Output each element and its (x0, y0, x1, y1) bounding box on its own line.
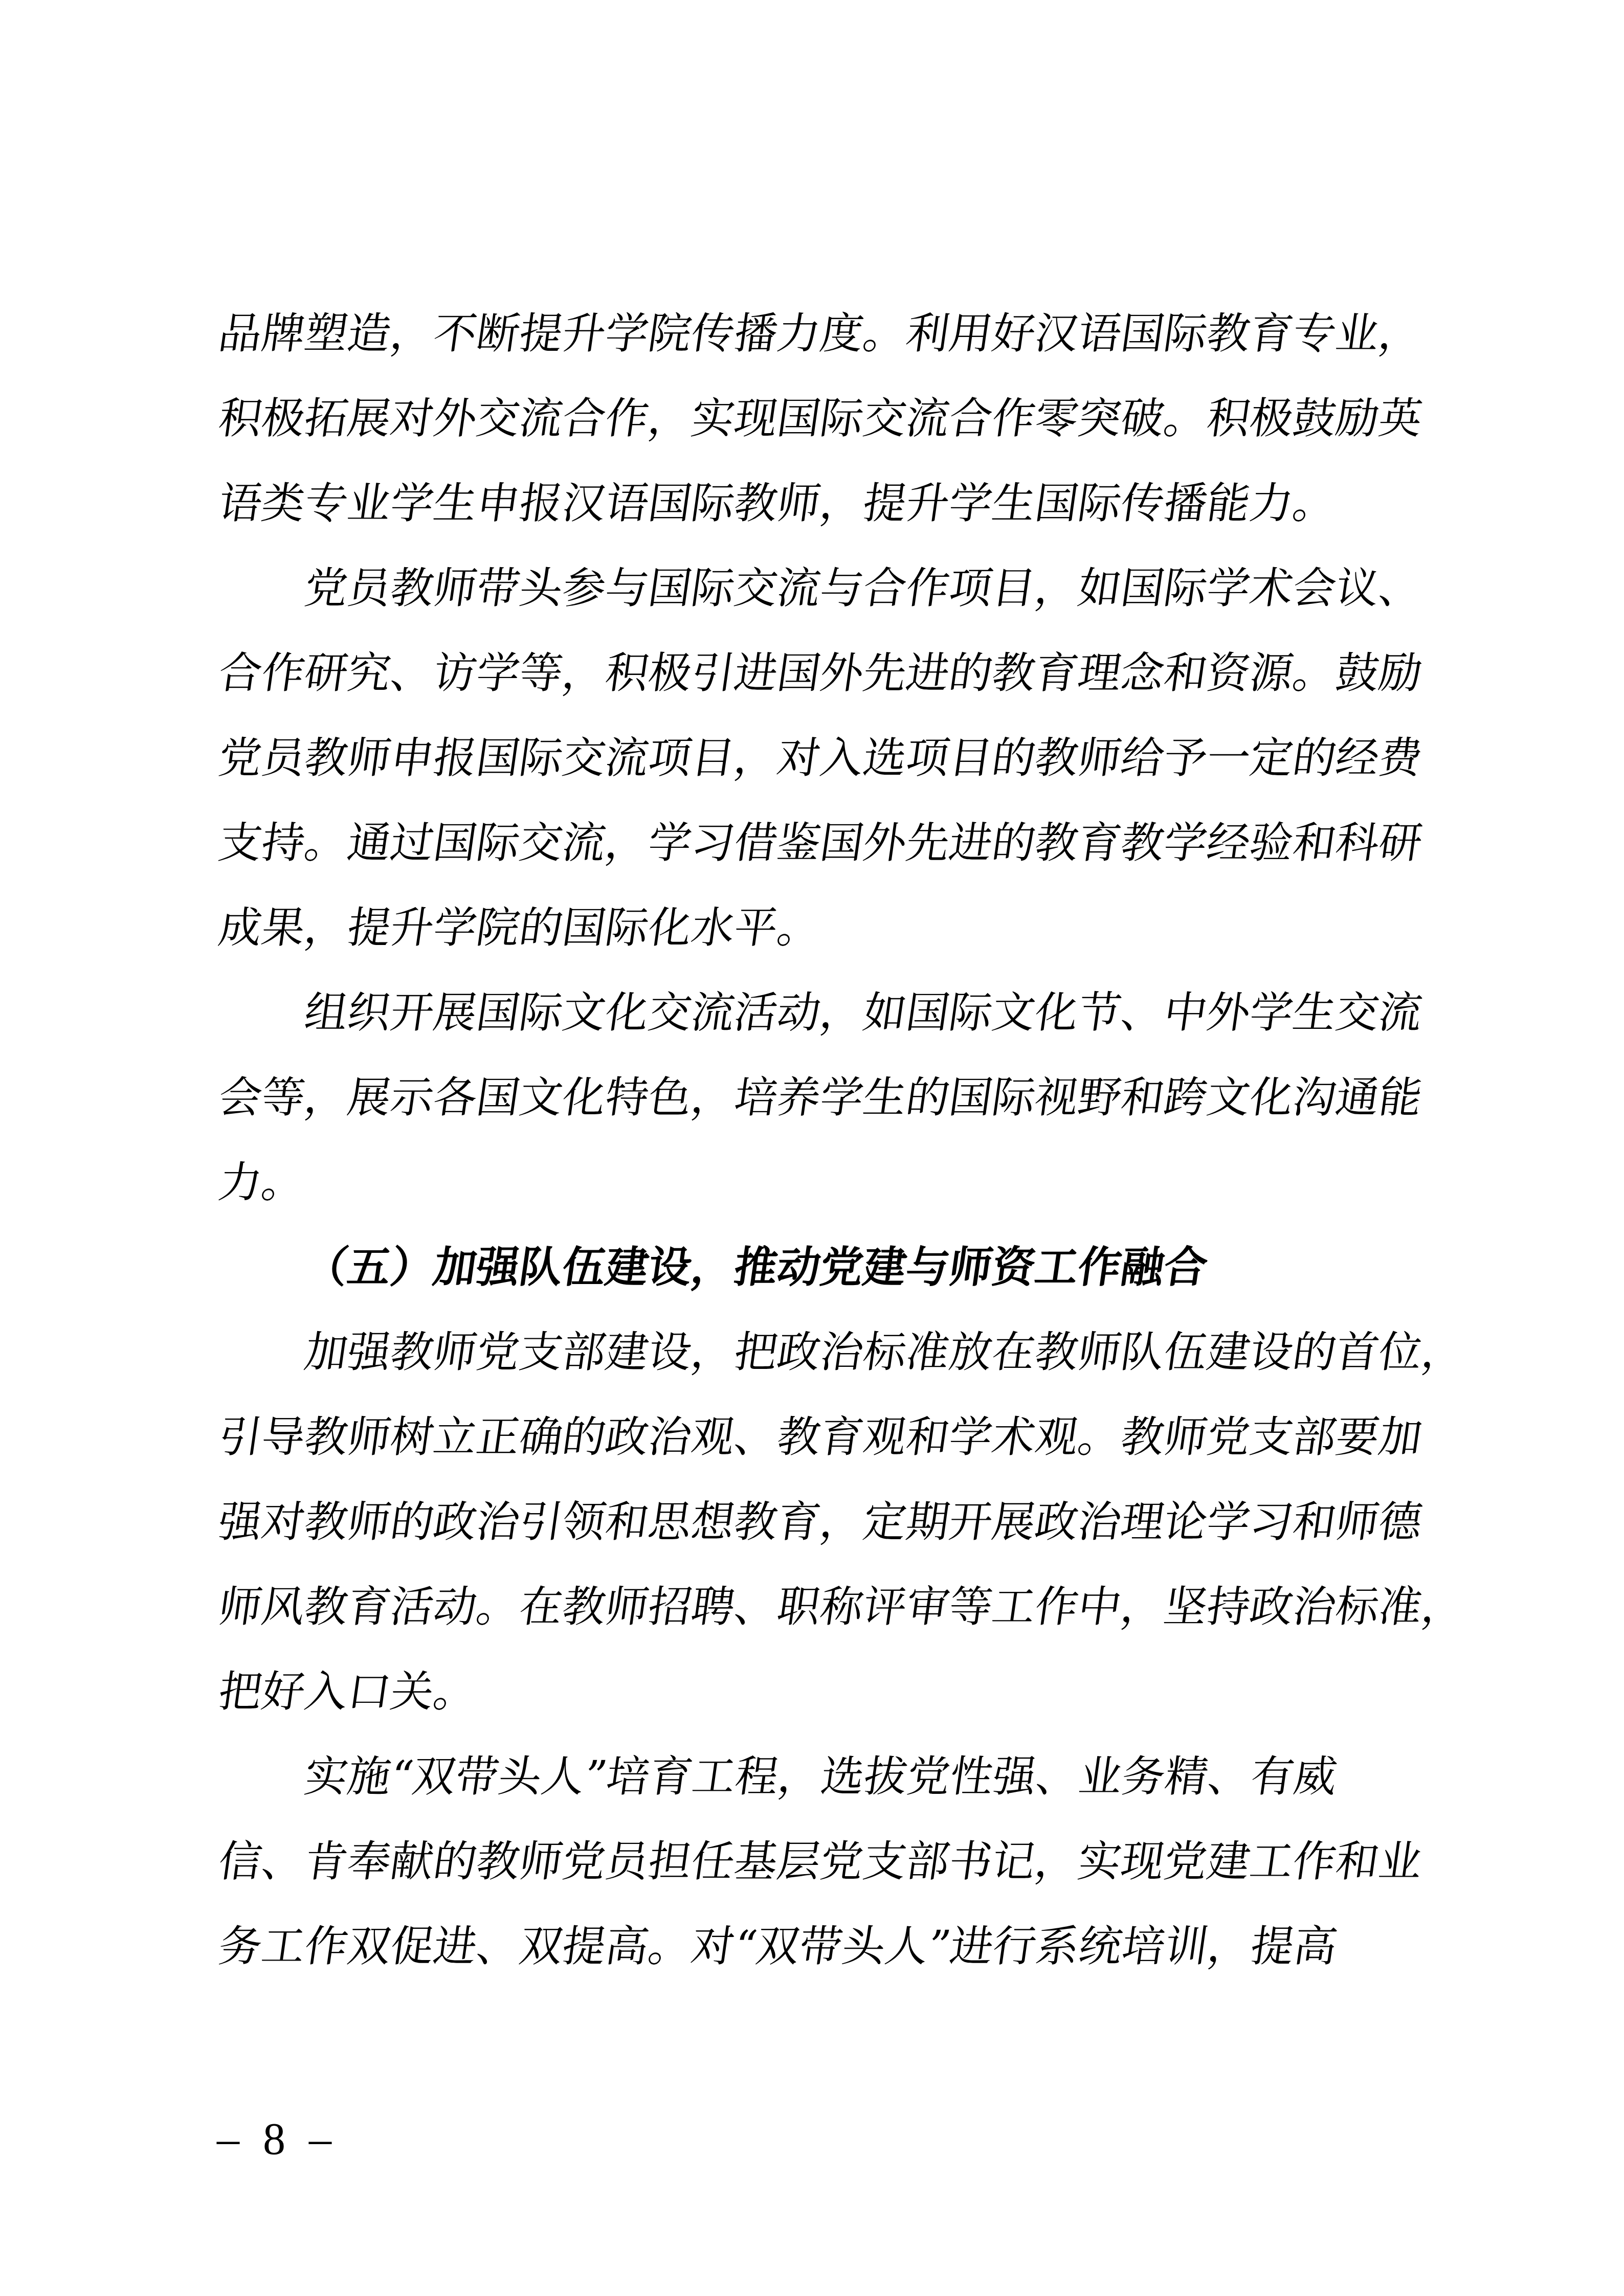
text-line: 品牌塑造，不断提升学院传播力度。利用好汉语国际教育专业， (213, 291, 1428, 376)
text-line: 党员教师申报国际交流项目，对入选项目的教师给予一定的经费 (213, 715, 1428, 800)
document-page: 品牌塑造，不断提升学院传播力度。利用好汉语国际教育专业，积极拓展对外交流合作，实… (0, 0, 1624, 2296)
text-line: 实施“双带头人”培育工程，选拔党性强、业务精、有威 (299, 1734, 1428, 1819)
section-heading: （五）加强队伍建设，推动党建与师资工作融合 (299, 1225, 1428, 1310)
text-line: 支持。通过国际交流，学习借鉴国外先进的教育教学经验和科研 (213, 800, 1428, 885)
text-line: 合作研究、访学等，积极引进国外先进的教育理念和资源。鼓励 (213, 631, 1428, 715)
text-line: 加强教师党支部建设，把政治标准放在教师队伍建设的首位， (299, 1310, 1428, 1394)
text-line: 会等，展示各国文化特色，培养学生的国际视野和跨文化沟通能 (213, 1055, 1428, 1140)
text-block: 品牌塑造，不断提升学院传播力度。利用好汉语国际教育专业，积极拓展对外交流合作，实… (219, 291, 1422, 1989)
text-line: 务工作双促进、双提高。对“双带头人”进行系统培训，提高 (213, 1904, 1428, 1989)
text-line: 语类专业学生申报汉语国际教师，提升学生国际传播能力。 (213, 461, 1428, 546)
text-line: 强对教师的政治引领和思想教育，定期开展政治理论学习和师德 (213, 1479, 1428, 1564)
text-line: 党员教师带头参与国际交流与合作项目，如国际学术会议、 (299, 546, 1428, 631)
text-line: 把好入口关。 (213, 1649, 1428, 1734)
text-line: 积极拓展对外交流合作，实现国际交流合作零突破。积极鼓励英 (213, 376, 1428, 461)
page-number: – 8 – (217, 2116, 338, 2163)
text-line: 师风教育活动。在教师招聘、职称评审等工作中，坚持政治标准， (213, 1564, 1428, 1649)
text-line: 成果，提升学院的国际化水平。 (213, 885, 1428, 970)
text-line: 组织开展国际文化交流活动，如国际文化节、中外学生交流 (299, 970, 1428, 1055)
text-line: 信、肯奉献的教师党员担任基层党支部书记，实现党建工作和业 (213, 1819, 1428, 1904)
text-line: 力。 (213, 1140, 1428, 1225)
text-line: 引导教师树立正确的政治观、教育观和学术观。教师党支部要加 (213, 1394, 1428, 1479)
